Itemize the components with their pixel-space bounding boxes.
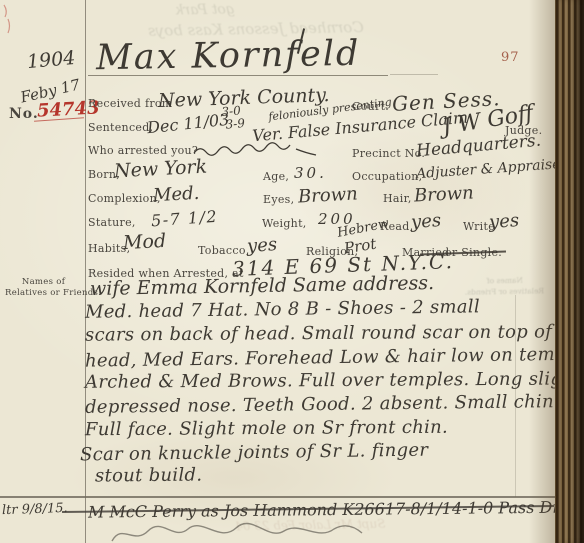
sentence-date-value: Dec 11/03 — [146, 110, 230, 138]
description-line: Arched & Med Brows. Full over temples. L… — [85, 368, 584, 393]
name-underline — [88, 75, 388, 76]
habits-value: Mod — [122, 230, 166, 254]
description-line: Scar on knuckle joints of Sr L. finger — [80, 440, 429, 466]
partial-handwriting-strokes — [108, 521, 368, 543]
age-label: Age, — [263, 170, 289, 183]
entry-year: 1904 — [26, 47, 76, 73]
description-line: stout build. — [95, 465, 203, 487]
name-underline-extension — [390, 74, 438, 75]
ledger-page: got Park Cornhead Jessons Kass boys Name… — [0, 0, 584, 543]
write-value: yes — [488, 210, 519, 233]
entry-bottom-rule — [0, 496, 556, 498]
stature-value: 5-7 1/2 — [150, 207, 218, 231]
no-answer-squiggle — [192, 146, 320, 158]
page-curl-shading — [529, 0, 555, 543]
arrested-by-label: Who arrested you? — [88, 144, 198, 157]
footer-date-note: ltr 9/8/15. — [2, 501, 68, 518]
tobacco-value: yes — [246, 234, 277, 257]
description-line: scars on back of head. Small round scar … — [85, 321, 552, 345]
tobacco-label: Tobacco, — [198, 244, 250, 257]
precinct-label: Precinct No. — [352, 147, 425, 160]
sentence-term: 3-0 3-9 — [221, 104, 245, 131]
occupation-label: Occupation, — [352, 170, 422, 183]
relatives-value: wife Emma Kornfeld Same address. — [90, 272, 434, 300]
description-line: depressed nose. Teeth Good. 2 absent. Sm… — [85, 391, 560, 418]
hair-label: Hair, — [383, 192, 412, 205]
description-line: head, Med Ears. Forehead Low & hair low … — [85, 343, 584, 371]
book-binding-edge — [555, 0, 584, 543]
age-value: 30. — [294, 164, 327, 182]
born-value: New York — [113, 156, 207, 183]
stature-label: Stature, — [88, 216, 136, 229]
read-value: yes — [410, 210, 441, 233]
weight-label: Weight, — [262, 217, 307, 230]
term-max: 3-9 — [225, 117, 245, 131]
eyes-label: Eyes, — [263, 193, 294, 206]
relatives-label: Names of Relatives or Friends. — [5, 277, 82, 300]
bleed-through-text: got Park — [175, 1, 235, 18]
complexion-label: Complexion, — [88, 192, 161, 205]
complexion-value: Med. — [152, 183, 199, 206]
hair-value: Brown — [413, 182, 474, 206]
prisoner-number-label: No. — [9, 106, 39, 122]
sentenced-label: Sentenced, — [88, 121, 153, 134]
description-line: Full face. Slight mole on Sr front chin. — [85, 417, 448, 441]
eyes-value: Brown — [297, 183, 358, 207]
red-margin-marks — [1, 3, 13, 37]
page-number: 97 — [501, 50, 520, 65]
precinct-value: Headquarters. — [415, 131, 541, 162]
description-line: Med. head 7 Hat. No 8 B - Shoes - 2 smal… — [85, 296, 480, 323]
prisoner-name: Max Kornfeld — [96, 34, 361, 79]
